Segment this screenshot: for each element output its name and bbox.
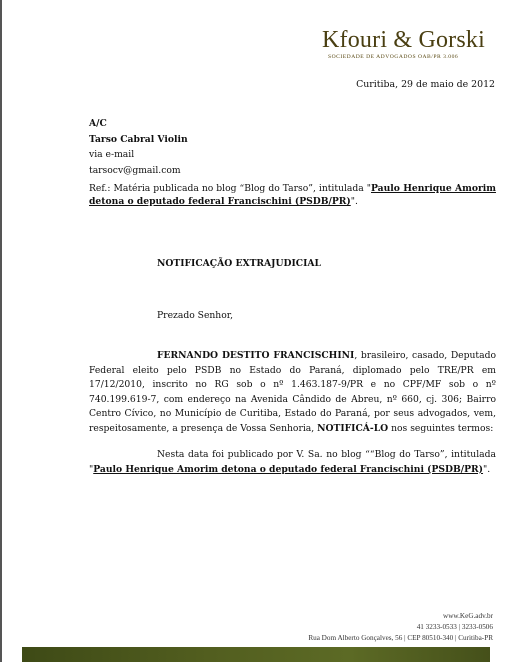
paragraph-2-article-title: Paulo Henrique Amorim detona o deputado … [93, 464, 483, 475]
paragraph-2: Nesta data foi publicado por V. Sa. no b… [89, 448, 496, 477]
footer-phones: 41 3233-0533 | 3233-0506 [308, 622, 493, 633]
recipient-email: tarsocv@gmail.com [89, 163, 188, 179]
firm-name: Kfouri & Gorski [322, 27, 482, 53]
recipient-name: Tarso Cabral Violin [89, 132, 188, 148]
notification-action: NOTIFICÁ-LO [317, 423, 388, 434]
salutation: Prezado Senhor, [157, 310, 233, 321]
footer-website: www.KeG.adv.br [308, 611, 493, 622]
reference-prefix: Ref.: Matéria publicada no blog “Blog do… [89, 183, 371, 194]
document-title: NOTIFICAÇÃO EXTRAJUDICIAL [157, 258, 321, 269]
date-line: Curitiba, 29 de maio de 2012 [356, 79, 495, 90]
reference-line: Ref.: Matéria publicada no blog “Blog do… [89, 182, 496, 208]
footer-contact: www.KeG.adv.br 41 3233-0533 | 3233-0506 … [308, 611, 493, 644]
recipient-block: A/C Tarso Cabral Violin via e-mail tarso… [89, 116, 188, 178]
paragraph-1-ending: nos seguintes termos: [388, 423, 493, 434]
reference-suffix: ". [351, 196, 358, 207]
paragraph-2-ending: ". [483, 464, 490, 475]
paragraph-1: FERNANDO DESTITO FRANCISCHINI, brasileir… [89, 349, 496, 437]
recipient-via: via e-mail [89, 147, 188, 163]
firm-subtitle: SOCIEDADE DE ADVOGADOS OAB/PR 3.006 [328, 54, 482, 60]
page-left-edge [0, 0, 2, 662]
footer-bar [22, 647, 490, 662]
paragraph-1-text: , brasileiro, casado, Deputado Federal e… [89, 350, 496, 434]
footer-address: Rua Dom Alberto Gonçalves, 56 | CEP 8051… [308, 633, 493, 644]
notifier-name: FERNANDO DESTITO FRANCISCHINI [157, 350, 354, 361]
attention-label: A/C [89, 116, 188, 132]
letterhead-logo: Kfouri & Gorski SOCIEDADE DE ADVOGADOS O… [322, 27, 482, 60]
